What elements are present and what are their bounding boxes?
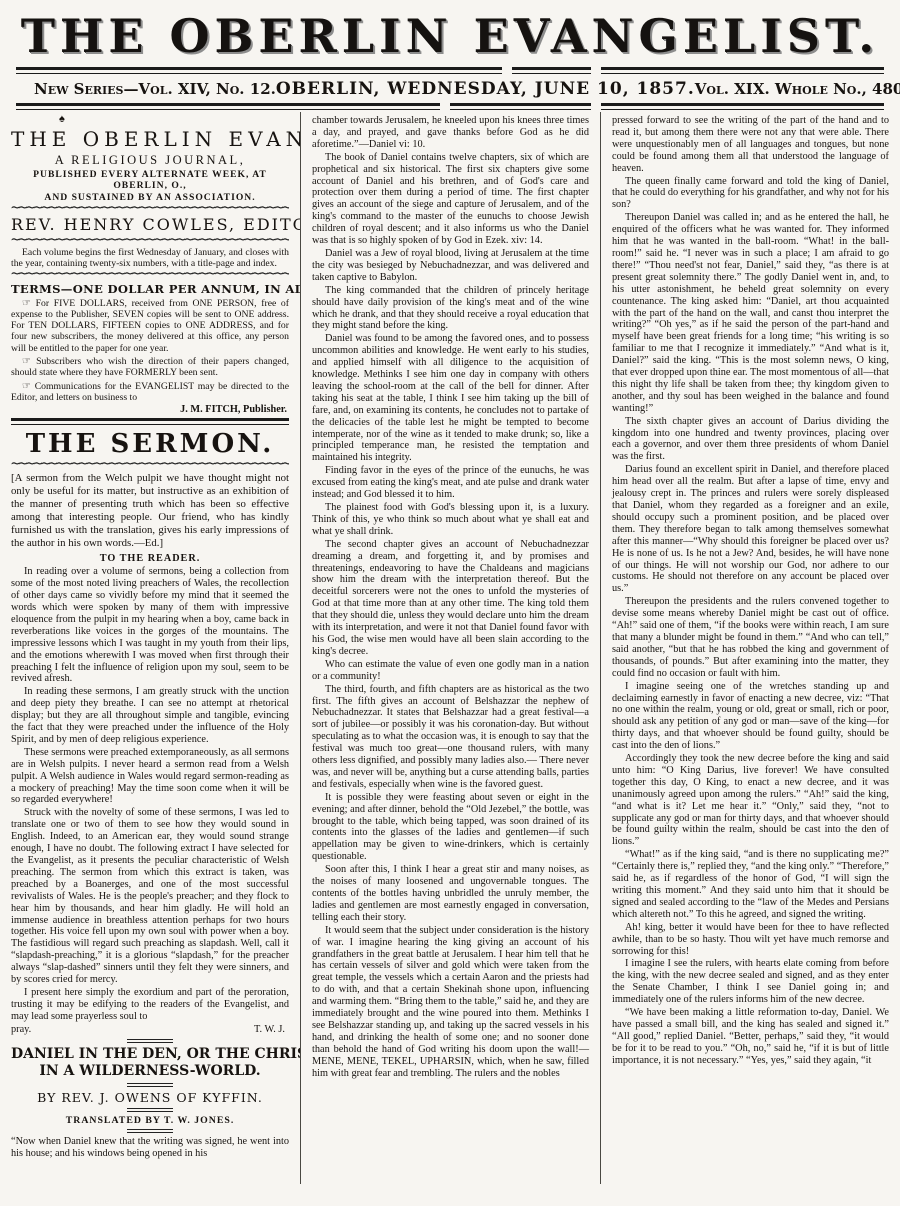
paragraph: Darius found an excellent spirit in Dani… [612,464,889,595]
paragraph: The plainest food with God's blessing up… [312,502,589,538]
dateline: New Series—Vol. XIV, No. 12. OBERLIN, WE… [0,76,900,101]
editor-line: REV. HENRY COWLES, EDITOR. [11,215,289,234]
article-title-line2: IN A WILDERNESS-WORLD. [11,1063,289,1080]
wavy-rule [11,460,289,469]
ornament-icon: ♠ [11,115,289,126]
publication-line: PUBLISHED EVERY ALTERNATE WEEK, AT OBERL… [11,169,289,191]
paragraph: Finding favor in the eyes of the prince … [312,465,589,501]
paragraph: chamber towards Jerusalem, he kneeled up… [312,115,589,151]
editor-note: [A sermon from the Welch pulpit we have … [11,472,289,550]
rule-segment [450,103,591,110]
column-2: chamber towards Jerusalem, he kneeled up… [300,112,600,1184]
short-rule [127,1083,173,1087]
journal-subtitle: A RELIGIOUS JOURNAL, [11,153,289,168]
paragraph: Thereupon Daniel was called in; and as h… [612,212,889,414]
paragraph: pressed forward to see the writing of th… [612,115,889,175]
wavy-rule [11,204,289,213]
column-3: pressed forward to see the writing of th… [600,112,900,1184]
paragraph: Soon after this, I think I hear a great … [312,864,589,924]
wavy-rule [11,270,289,279]
article-opening: “Now when Daniel knew that the writing w… [11,1136,289,1160]
paragraph: These sermons were preached extemporaneo… [11,747,289,807]
series-volume-number: New Series—Vol. XIV, No. 12. [34,80,276,98]
paragraph: Accordingly they took the new decree bef… [612,753,889,848]
masthead-rule [16,67,884,74]
signature-row: pray. T. W. J. [11,1024,289,1036]
volume-note: Each volume begins the first Wednesday o… [11,247,289,270]
pointing-hand-icon: ☞ [22,298,31,309]
terms-text: For FIVE DOLLARS, received from ONE PERS… [11,298,289,354]
terms-paragraph: ☞ Communications for the EVANGELIST may … [11,381,289,404]
paragraph: It is possible they were feasting about … [312,792,589,863]
newspaper-page: THE OBERLIN EVANGELIST. New Series—Vol. … [0,0,900,1206]
article-title-line1: DANIEL IN THE DEN, OR THE CHRISTIAN [11,1046,289,1063]
terms-paragraph: ☞ Subscribers who wish the direction of … [11,356,289,379]
terms-text: Subscribers who wish the direction of th… [11,356,289,378]
paragraph: Daniel was found to be among the favored… [312,333,589,464]
terms-heading: TERMS—ONE DOLLAR PER ANNUM, IN ADVANCE. [11,282,289,296]
dateline-rule [16,103,884,110]
short-rule [127,1129,173,1133]
short-rule [127,1039,173,1043]
translator-line: TRANSLATED BY T. W. JONES. [11,1115,289,1126]
place-and-date: OBERLIN, WEDNESDAY, JUNE 10, 1857. [276,79,695,99]
paragraph: It would seem that the subject under con… [312,925,589,1080]
short-rule [127,1108,173,1112]
column-1: ♠ THE OBERLIN EVANGELIST A RELIGIOUS JOU… [0,112,300,1184]
terms-paragraph: ☞ For FIVE DOLLARS, received from ONE PE… [11,298,289,354]
paragraph: The queen finally came forward and told … [612,176,889,212]
wavy-rule [11,236,289,245]
rule-segment [16,67,502,74]
paragraph: The third, fourth, and fifth chapters ar… [312,684,589,791]
paragraph: Struck with the novelty of some of these… [11,807,289,986]
rule-segment [601,103,884,110]
paragraph: Who can estimate the value of even one g… [312,659,589,683]
rule-segment [16,103,440,110]
paragraph: Daniel was a Jew of royal blood, living … [312,248,589,284]
paragraph: In reading these sermons, I am greatly s… [11,686,289,746]
whole-number: Vol. XIX. Whole No., 480. [695,80,900,98]
paragraph: Thereupon the presidents and the rulers … [612,596,889,679]
paragraph: “What!” as if the king said, “and is the… [612,849,889,920]
to-the-reader-heading: TO THE READER. [11,553,289,564]
rule-segment [512,67,592,74]
paragraph: “We have been making a little reformatio… [612,1007,889,1067]
paragraph: I imagine seeing one of the wretches sta… [612,681,889,752]
author-initials: T. W. J. [254,1024,285,1036]
masthead: THE OBERLIN EVANGELIST. [0,0,900,65]
publication-line: AND SUSTAINED BY AN ASSOCIATION. [11,192,289,203]
rule-segment [601,67,884,74]
paragraph: The sixth chapter gives an account of Da… [612,416,889,464]
paragraph: The king commanded that the children of … [312,285,589,333]
paragraph: I present here simply the exordium and p… [11,987,289,1023]
section-title-sermon: THE SERMON. [11,429,289,459]
paragraph: The book of Daniel contains twelve chapt… [312,152,589,247]
paragraph-end: pray. [11,1024,31,1036]
article-byline: BY REV. J. OWENS OF KYFFIN. [11,1090,289,1105]
publisher-line: J. M. FITCH, Publisher. [11,404,287,415]
pointing-hand-icon: ☞ [22,381,31,392]
paragraph: I imagine I see the rulers, with hearts … [612,958,889,1006]
pointing-hand-icon: ☞ [22,356,31,367]
section-rule [11,418,289,425]
paragraph: The second chapter gives an account of N… [312,539,589,658]
journal-title: THE OBERLIN EVANGELIST [11,127,289,151]
paragraph: Ah! king, better it would have been for … [612,922,889,958]
terms-text: Communications for the EVANGELIST may be… [11,381,289,403]
column-layout: ♠ THE OBERLIN EVANGELIST A RELIGIOUS JOU… [0,112,900,1184]
paragraph: In reading over a volume of sermons, bei… [11,566,289,685]
newspaper-title: THE OBERLIN EVANGELIST. [0,7,900,65]
